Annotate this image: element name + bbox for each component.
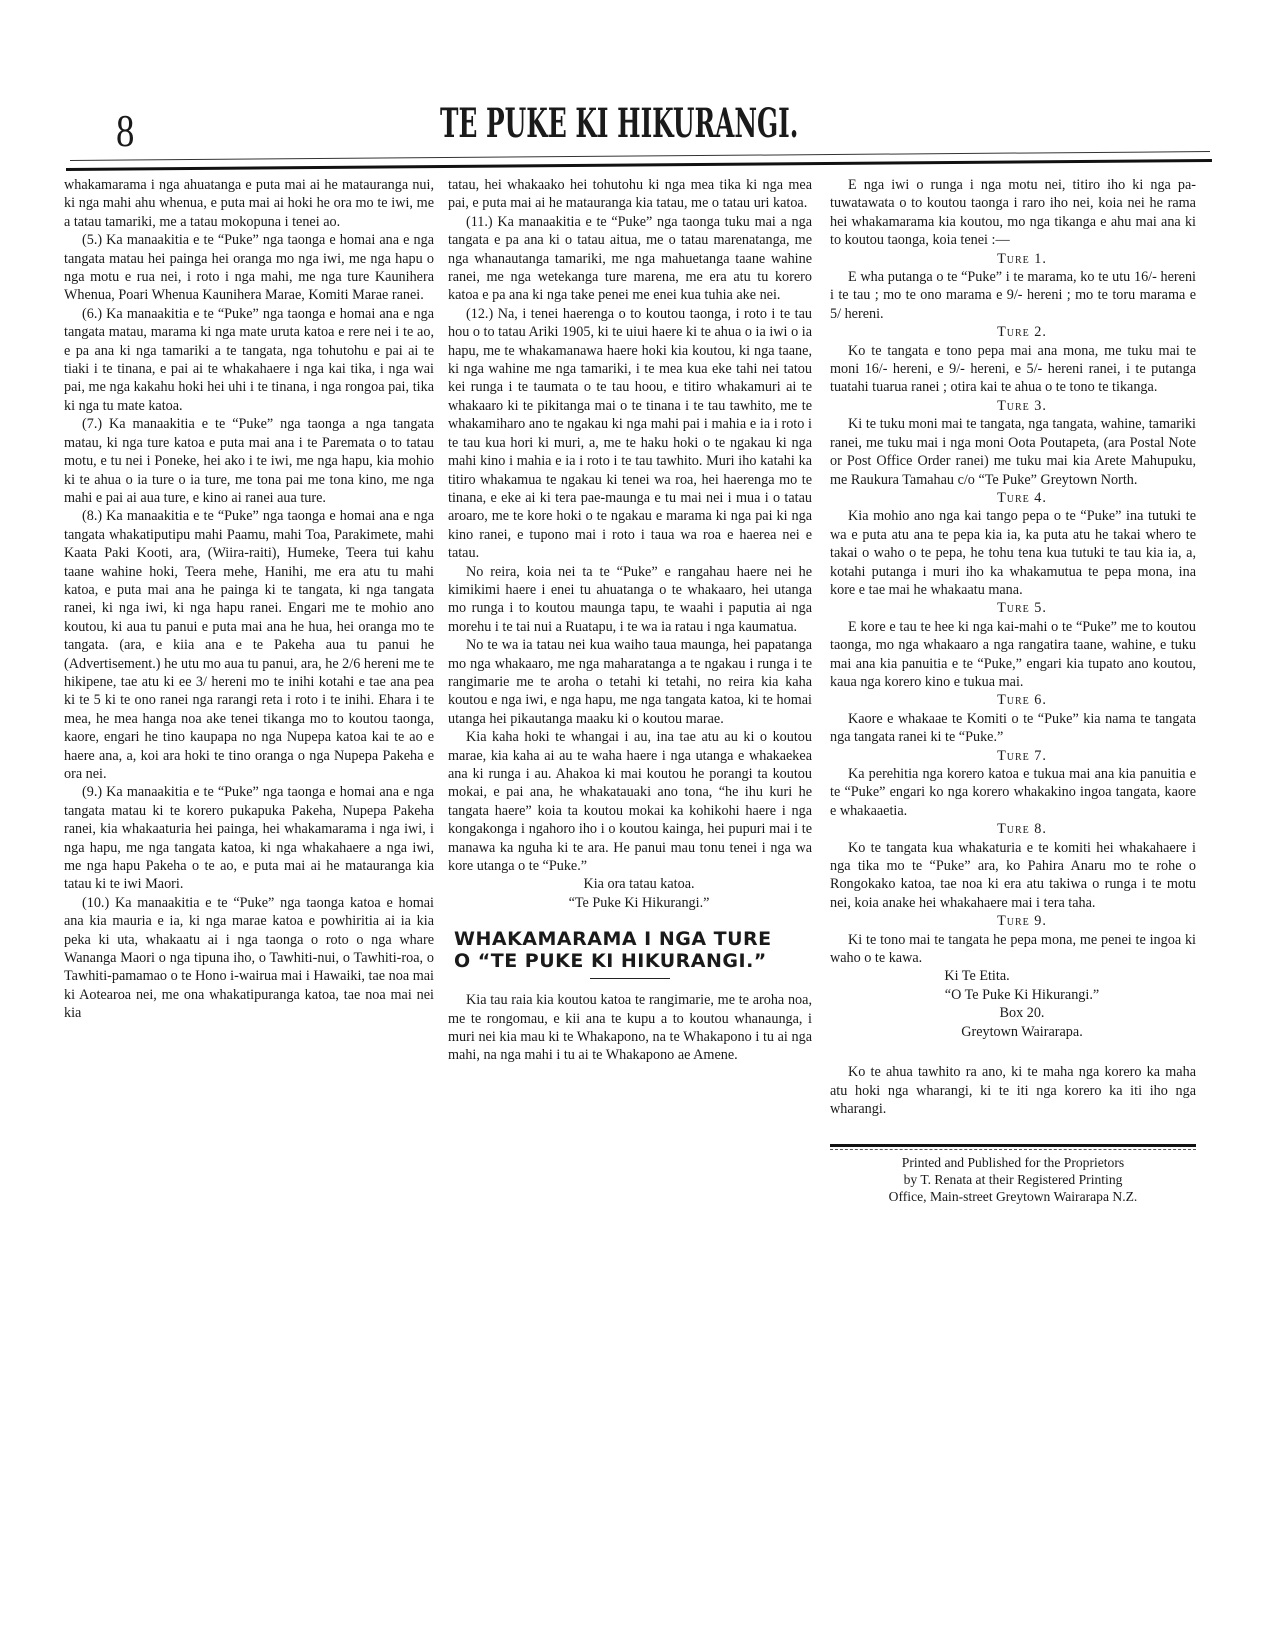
left-column: whakamarama i nga ahuatanga e puta mai a… [64, 176, 434, 1023]
imprint-line-1: Printed and Published for the Proprietor… [830, 1154, 1196, 1171]
rule-heading-2: Ture 2. [830, 323, 1196, 341]
paragraph-7: (7.) Ka manaakitia e te “Puke” nga taong… [64, 415, 434, 507]
rule-text-5: E kore e tau te hee ki nga kai-mahi o te… [830, 618, 1196, 692]
rule-heading-7: Ture 7. [830, 747, 1196, 765]
footer-rule [830, 1144, 1196, 1147]
address-line-3: Box 20. [830, 1004, 1196, 1022]
paragraph-9: (9.) Ka manaakitia e te “Puke” nga taong… [64, 783, 434, 893]
rule-text-9: Ki te tono mai te tangata he pepa mona, … [830, 931, 1196, 968]
imprint-line-3: Office, Main-street Greytown Wairarapa N… [830, 1188, 1196, 1205]
rule-text-6: Kaore e whakaae te Komiti o te “Puke” ki… [830, 710, 1196, 747]
paragraph-10: (10.) Ka manaakitia e te “Puke” nga taon… [64, 894, 434, 1023]
paragraph-kia-kaha: Kia kaha hoki te whangai i au, ina tae a… [448, 728, 812, 875]
rule-text-4: Kia mohio ano nga kai tango pepa o te “P… [830, 507, 1196, 599]
rule-text-2: Ko te tangata e tono pepa mai ana mona, … [830, 342, 1196, 397]
rule-heading-5: Ture 5. [830, 599, 1196, 617]
paragraph-no-reira: No reira, koia nei ta te “Puke” e rangah… [448, 563, 812, 637]
address-line-4: Greytown Wairarapa. [830, 1023, 1196, 1041]
article-title-line-2: O “TE PUKE KI HIKURANGI.” [454, 950, 812, 972]
right-column: E nga iwi o runga i nga motu nei, titiro… [830, 176, 1196, 1205]
imprint-line-2: by T. Renata at their Registered Printin… [830, 1171, 1196, 1188]
article-body: Kia tau raia kia koutou katoa te rangima… [448, 991, 812, 1065]
printer-imprint: Printed and Published for the Proprietor… [830, 1154, 1196, 1205]
paragraph-continued: tatau, hei whakaako hei tohutohu ki nga … [448, 176, 812, 213]
closing-note: Ko te ahua tawhito ra ano, ki te maha ng… [830, 1063, 1196, 1118]
address-line-2: “O Te Puke Ki Hikurangi.” [830, 986, 1196, 1004]
rule-heading-6: Ture 6. [830, 691, 1196, 709]
rule-heading-4: Ture 4. [830, 489, 1196, 507]
paragraph-intro: whakamarama i nga ahuatanga e puta mai a… [64, 176, 434, 231]
paragraph-8: (8.) Ka manaakitia e te “Puke” nga taong… [64, 507, 434, 783]
paragraph-6: (6.) Ka manaakitia e te “Puke” nga taong… [64, 305, 434, 415]
rule-heading-1: Ture 1. [830, 250, 1196, 268]
rule-text-8: Ko te tangata kua whakaturia e te komiti… [830, 839, 1196, 913]
rule-heading-3: Ture 3. [830, 397, 1196, 415]
rule-heading-9: Ture 9. [830, 912, 1196, 930]
signoff-greeting: Kia ora tatau katoa. [448, 875, 812, 893]
paragraph-12: (12.) Na, i tenei haerenga o to koutou t… [448, 305, 812, 563]
paragraph-11: (11.) Ka manaakitia e te “Puke” nga taon… [448, 213, 812, 305]
masthead-title: TE PUKE KI HIKURANGI. [440, 104, 700, 144]
header-rule-thick [66, 159, 1212, 171]
footer-rule-dashed [830, 1149, 1196, 1150]
paragraph-no-te-wa: No te wa ia tatau nei kua waiho taua mau… [448, 636, 812, 728]
title-divider [590, 978, 670, 979]
rule-text-7: Ka perehitia nga korero katoa e tukua ma… [830, 765, 1196, 820]
page-number: 8 [116, 108, 134, 154]
signoff-name: “Te Puke Ki Hikurangi.” [448, 894, 812, 912]
rules-intro: E nga iwi o runga i nga motu nei, titiro… [830, 176, 1196, 250]
rule-text-3: Ki te tuku moni mai te tangata, nga tang… [830, 415, 1196, 489]
article-title: WHAKAMARAMA I NGA TURE O “TE PUKE KI HIK… [454, 928, 812, 972]
rule-heading-8: Ture 8. [830, 820, 1196, 838]
address-line-1: Ki Te Etita. [830, 967, 1196, 985]
middle-column: tatau, hei whakaako hei tohutohu ki nga … [448, 176, 812, 1065]
article-title-line-1: WHAKAMARAMA I NGA TURE [454, 928, 812, 950]
editor-address: Ki Te Etita. “O Te Puke Ki Hikurangi.” B… [830, 967, 1196, 1041]
rule-text-1: E wha putanga o te “Puke” i te marama, k… [830, 268, 1196, 323]
paragraph-5: (5.) Ka manaakitia e te “Puke” nga taong… [64, 231, 434, 305]
